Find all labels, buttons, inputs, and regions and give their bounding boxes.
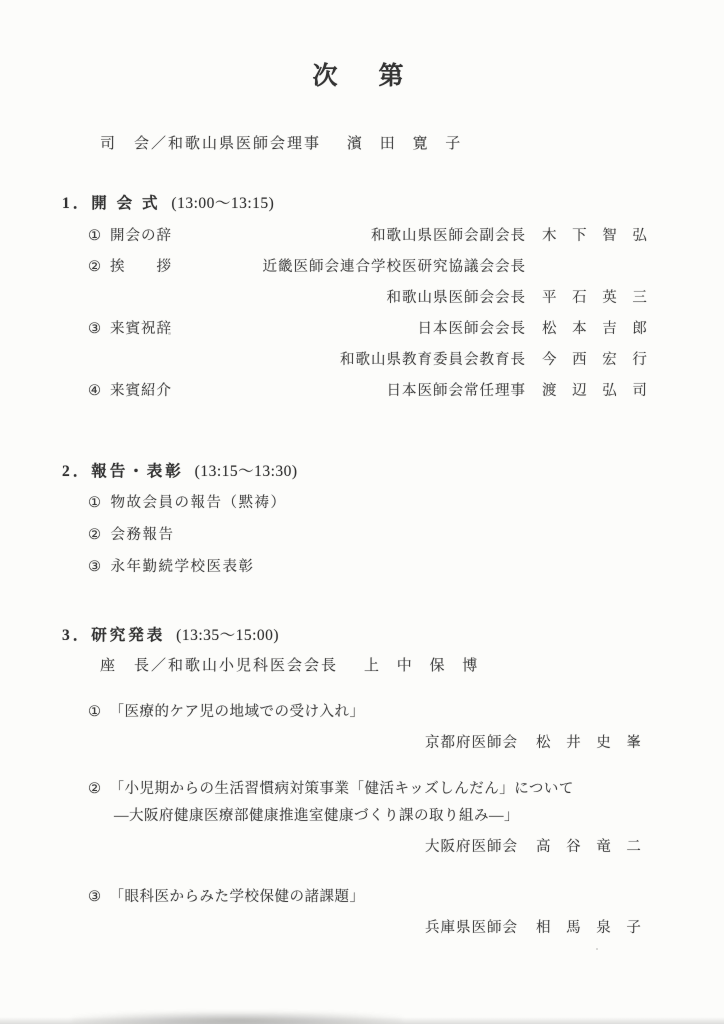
agenda-item-greetings: ②挨 拶 近畿医師会連合学校医研究協議会会長 和歌山県医師会会長 平 石 英 三	[62, 252, 660, 314]
item-marker: ③	[88, 889, 102, 905]
section-research-presentations: 3．研究発表 (13:35〜15:00)	[0, 623, 724, 645]
presenter-name: 高 谷 竜 二	[536, 832, 660, 862]
presentation-2: ②「小児期からの生活習慣病対策事業「健活キッズしんだん」について ―大阪府健康医…	[62, 776, 660, 862]
item-marker: ①	[88, 704, 102, 720]
credit-role: 日本医師会常任理事	[256, 376, 526, 407]
section-1-items: ①開会の辞 和歌山県医師会副会長 木 下 智 弘 ②挨 拶 近畿医師会連合学校医…	[62, 221, 660, 407]
credit-role: 日本医師会会長	[256, 314, 526, 345]
section-opening-ceremony: 1．開 会 式 (13:00〜13:15) ①開会の辞 和歌山県医師会副会長 木…	[0, 191, 724, 407]
section-3-title: 研究発表	[91, 627, 165, 644]
presenter-organization: 大阪府医師会	[88, 832, 518, 862]
item-label: 永年勤続学校医表彰	[111, 559, 255, 575]
credit-line: 和歌山県医師会副会長 木 下 智 弘	[256, 221, 660, 252]
presentation-title-text: 「小児期からの生活習慣病対策事業「健活キッズしんだん」について	[110, 781, 574, 797]
section-2-time: (13:15〜13:30)	[195, 463, 298, 480]
section-3-heading: 3．研究発表 (13:35〜15:00)	[62, 623, 660, 645]
scan-bottom-edge-shadow	[0, 1017, 724, 1024]
item-marker: ③	[88, 559, 103, 575]
presentation-1: ①「医療的ケア児の地域での受け入れ」 京都府医師会 松 井 史 峯	[62, 699, 660, 758]
section-3-number: 3．	[62, 627, 91, 644]
section-1-heading: 1．開 会 式 (13:00〜13:15)	[62, 191, 660, 213]
agenda-item-long-service-award: ③永年勤続学校医表彰	[62, 551, 660, 583]
section-2-heading: 2．報告・表彰 (13:15〜13:30)	[62, 459, 660, 481]
credit-name: 松 本 吉 郎	[542, 314, 660, 345]
item-label: 挨 拶	[110, 259, 172, 275]
presenter-name: 松 井 史 峯	[536, 728, 660, 758]
credit-name: 渡 辺 弘 司	[542, 376, 660, 407]
item-marker: ②	[88, 781, 102, 797]
credit-role: 和歌山県医師会会長	[256, 283, 526, 314]
presenter-organization: 京都府医師会	[88, 728, 518, 758]
item-marker: ③	[88, 321, 102, 337]
presentation-title: ①「医療的ケア児の地域での受け入れ」	[88, 699, 660, 726]
section-reports-awards: 2．報告・表彰 (13:15〜13:30) ①物故会員の報告（黙祷） ②会務報告…	[0, 459, 724, 583]
credit-name	[542, 252, 660, 283]
section-1-title: 開 会 式	[91, 195, 160, 212]
agenda-item-guest-introduction: ④来賓紹介 日本医師会常任理事 渡 辺 弘 司	[62, 376, 660, 407]
credit-line: 和歌山県教育委員会教育長 今 西 宏 行	[256, 345, 660, 376]
credit-role: 近畿医師会連合学校医研究協議会会長	[256, 252, 526, 283]
credit-line: 和歌山県医師会会長 平 石 英 三	[256, 283, 660, 314]
moderator-line: 司 会／和歌山県医師会理事 濱 田 寛 子	[0, 132, 724, 153]
item-label: 来賓紹介	[110, 383, 172, 399]
item-label: 開会の辞	[110, 228, 172, 244]
presentation-title: ③「眼科医からみた学校保健の諸課題」	[88, 884, 660, 911]
presentation-title-line-2: ―大阪府健康医療部健康推進室健康づくり課の取り組み―」	[88, 803, 660, 830]
item-label: 物故会員の報告（黙祷）	[111, 495, 287, 511]
credit-name: 今 西 宏 行	[542, 345, 660, 376]
agenda-item-opening-address: ①開会の辞 和歌山県医師会副会長 木 下 智 弘	[62, 221, 660, 252]
chair-name: 上 中 保 博	[364, 651, 484, 681]
presentations-list: ①「医療的ケア児の地域での受け入れ」 京都府医師会 松 井 史 峯 ②「小児期か…	[0, 699, 724, 943]
presentation-3: ③「眼科医からみた学校保健の諸課題」 兵庫県医師会 相 馬 泉 子	[62, 884, 660, 943]
item-marker: ②	[88, 259, 102, 275]
item-label: 会務報告	[111, 527, 175, 543]
presentation-credit: 京都府医師会 松 井 史 峯	[88, 728, 660, 758]
presenter-name: 相 馬 泉 子	[536, 913, 660, 943]
scan-noise-speck	[596, 948, 598, 950]
presentation-credit: 兵庫県医師会 相 馬 泉 子	[88, 913, 660, 943]
credit-line: 近畿医師会連合学校医研究協議会会長	[256, 252, 660, 283]
agenda-item-business-report: ②会務報告	[62, 519, 660, 551]
credit-role: 和歌山県教育委員会教育長	[256, 345, 526, 376]
item-marker: ①	[88, 228, 102, 244]
item-marker: ①	[88, 495, 103, 511]
moderator-name: 濱 田 寛 子	[347, 132, 467, 153]
credit-role: 和歌山県医師会副会長	[256, 221, 526, 252]
credit-name: 木 下 智 弘	[542, 221, 660, 252]
credit-line: 日本医師会常任理事 渡 辺 弘 司	[256, 376, 660, 407]
item-marker: ②	[88, 527, 103, 543]
section-2-number: 2．	[62, 463, 91, 480]
item-marker: ④	[88, 383, 102, 399]
presentation-title: ②「小児期からの生活習慣病対策事業「健活キッズしんだん」について	[88, 776, 660, 803]
presentation-credit: 大阪府医師会 高 谷 竜 二	[88, 832, 660, 862]
section-3-time: (13:35〜15:00)	[176, 627, 279, 644]
page-title: 次 第	[0, 0, 724, 92]
section-1-time: (13:00〜13:15)	[171, 195, 274, 212]
section-1-number: 1．	[62, 195, 91, 212]
chair-role-label: 座 長／和歌山小児科医会会長	[100, 651, 338, 681]
presentation-title-text: 「眼科医からみた学校保健の諸課題」	[110, 889, 365, 905]
section-2-items: ①物故会員の報告（黙祷） ②会務報告 ③永年勤続学校医表彰	[62, 487, 660, 583]
presentation-title-text: 「医療的ケア児の地域での受け入れ」	[110, 704, 365, 720]
moderator-role-label: 司 会／和歌山県医師会理事	[100, 132, 321, 153]
credit-name: 平 石 英 三	[542, 283, 660, 314]
scanned-program-page: 次 第 司 会／和歌山県医師会理事 濱 田 寛 子 1．開 会 式 (13:00…	[0, 0, 724, 1024]
section-2-title: 報告・表彰	[91, 463, 184, 480]
scan-noise-speck	[168, 332, 171, 335]
agenda-item-deceased-members-report: ①物故会員の報告（黙祷）	[62, 487, 660, 519]
chair-line: 座 長／和歌山小児科医会会長 上 中 保 博	[0, 651, 724, 681]
agenda-item-guest-congratulations: ③来賓祝辞 日本医師会会長 松 本 吉 郎 和歌山県教育委員会教育長 今 西 宏…	[62, 314, 660, 376]
presenter-organization: 兵庫県医師会	[88, 913, 518, 943]
item-label: 来賓祝辞	[110, 321, 172, 337]
credit-line: 日本医師会会長 松 本 吉 郎	[256, 314, 660, 345]
